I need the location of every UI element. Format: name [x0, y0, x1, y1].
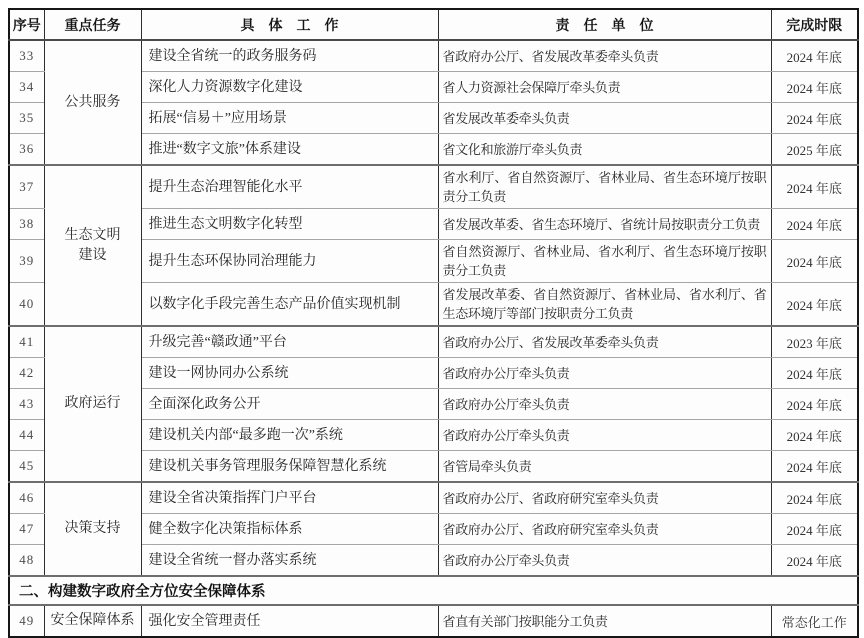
header-unit: 责 任 单 位 — [438, 9, 771, 40]
unit-cell: 省人力资源社会保障厅牵头负责 — [438, 72, 771, 103]
work-cell: 提升生态环保协同治理能力 — [141, 240, 438, 283]
task-row: 37生态文明 建设提升生态治理智能化水平省水利厅、省自然资源厅、省林业局、省生态… — [9, 165, 858, 209]
work-cell: 健全数字化决策指标体系 — [141, 514, 438, 545]
work-cell: 推进生态文明数字化转型 — [141, 209, 438, 240]
unit-cell: 省政府办公厅牵头负责 — [438, 420, 771, 451]
unit-cell: 省管局牵头负责 — [438, 451, 771, 483]
row-number-cell: 48 — [9, 545, 44, 577]
deadline-cell: 2024 年底 — [771, 451, 858, 483]
task-group-cell: 决策支持 — [44, 482, 141, 576]
unit-cell: 省政府办公厅牵头负责 — [438, 389, 771, 420]
deadline-cell: 2024 年底 — [771, 40, 858, 72]
unit-cell: 省自然资源厅、省林业局、省水利厅、省生态环境厅按职责分工负责 — [438, 240, 771, 283]
header-num: 序号 — [9, 9, 44, 40]
deadline-cell: 2024 年底 — [771, 514, 858, 545]
unit-cell: 省政府办公厅牵头负责 — [438, 358, 771, 389]
task-row: 33公共服务建设全省统一的政务服务码省政府办公厅、省发展改革委牵头负责2024 … — [9, 40, 858, 72]
header-row: 序号 重点任务 具 体 工 作 责 任 单 位 完成时限 — [9, 9, 858, 40]
unit-cell: 省政府办公厅、省政府研究室牵头负责 — [438, 514, 771, 545]
row-number-cell: 38 — [9, 209, 44, 240]
deadline-cell: 2024 年底 — [771, 240, 858, 283]
deadline-cell: 2024 年底 — [771, 209, 858, 240]
row-number-cell: 35 — [9, 103, 44, 134]
task-row: 46决策支持建设全省决策指挥门户平台省政府办公厅、省政府研究室牵头负责2024 … — [9, 482, 858, 514]
work-cell: 升级完善“赣政通”平台 — [141, 326, 438, 358]
deadline-cell: 2024 年底 — [771, 420, 858, 451]
unit-cell: 省文化和旅游厅牵头负责 — [438, 134, 771, 166]
work-cell: 建设一网协同办公系统 — [141, 358, 438, 389]
unit-cell: 省政府办公厅、省政府研究室牵头负责 — [438, 482, 771, 514]
work-cell: 全面深化政务公开 — [141, 389, 438, 420]
deadline-cell: 2024 年底 — [771, 283, 858, 327]
row-number-cell: 36 — [9, 134, 44, 166]
task-table: 序号 重点任务 具 体 工 作 责 任 单 位 完成时限 33公共服务建设全省统… — [8, 8, 859, 602]
deadline-cell: 2024 年底 — [771, 545, 858, 577]
deadline-cell: 2024 年底 — [771, 482, 858, 514]
unit-cell: 省政府办公厅、省发展改革委牵头负责 — [438, 40, 771, 72]
row-number-cell: 33 — [9, 40, 44, 72]
row-number-cell: 37 — [9, 165, 44, 209]
deadline-cell: 2024 年底 — [771, 72, 858, 103]
unit-cell: 省发展改革委、省自然资源厅、省林业局、省水利厅、省生态环境厅等部门按职责分工负责 — [438, 283, 771, 327]
work-cell: 深化人力资源数字化建设 — [141, 72, 438, 103]
header-task: 重点任务 — [44, 9, 141, 40]
task-row: 41政府运行升级完善“赣政通”平台省政府办公厅、省发展改革委牵头负责2023 年… — [9, 326, 858, 358]
work-cell: 建设机关内部“最多跑一次”系统 — [141, 420, 438, 451]
row-number-cell: 42 — [9, 358, 44, 389]
work-cell: 建设全省决策指挥门户平台 — [141, 482, 438, 514]
task-group-cell: 生态文明 建设 — [44, 165, 141, 326]
row-number-cell: 46 — [9, 482, 44, 514]
work-cell: 推进“数字文旅”体系建设 — [141, 134, 438, 166]
row-number-cell: 47 — [9, 514, 44, 545]
deadline-cell: 2024 年底 — [771, 389, 858, 420]
row-number-cell: 34 — [9, 72, 44, 103]
work-cell: 建设全省统一的政务服务码 — [141, 40, 438, 72]
deadline-cell: 2025 年底 — [771, 134, 858, 166]
work-cell: 建设机关事务管理服务保障智慧化系统 — [141, 451, 438, 483]
deadline-cell: 2024 年底 — [771, 358, 858, 389]
section-title: 二、构建数字政府全方位安全保障体系 — [9, 576, 858, 602]
work-cell: 提升生态治理智能化水平 — [141, 165, 438, 209]
work-cell: 建设全省统一督办落实系统 — [141, 545, 438, 577]
row-number-cell: 44 — [9, 420, 44, 451]
unit-cell: 省政府办公厅、省发展改革委牵头负责 — [438, 326, 771, 358]
work-cell: 拓展“信易＋”应用场景 — [141, 103, 438, 134]
row-number-cell: 41 — [9, 326, 44, 358]
row-number-cell: 40 — [9, 283, 44, 327]
unit-cell: 省发展改革委、省生态环境厅、省统计局按职责分工负责 — [438, 209, 771, 240]
table-body: 33公共服务建设全省统一的政务服务码省政府办公厅、省发展改革委牵头负责2024 … — [9, 40, 858, 602]
header-deadline: 完成时限 — [771, 9, 858, 40]
header-work: 具 体 工 作 — [141, 9, 438, 40]
row-number-cell: 45 — [9, 451, 44, 483]
work-cell: 以数字化手段完善生态产品价值实现机制 — [141, 283, 438, 327]
unit-cell: 省水利厅、省自然资源厅、省林业局、省生态环境厅按职责分工负责 — [438, 165, 771, 209]
section-row: 二、构建数字政府全方位安全保障体系 — [9, 576, 858, 602]
deadline-cell: 2023 年底 — [771, 326, 858, 358]
task-group-cell: 公共服务 — [44, 40, 141, 165]
unit-cell: 省发展改革委牵头负责 — [438, 103, 771, 134]
task-group-cell: 政府运行 — [44, 326, 141, 482]
deadline-cell: 2024 年底 — [771, 165, 858, 209]
row-number-cell: 39 — [9, 240, 44, 283]
row-number-cell: 43 — [9, 389, 44, 420]
unit-cell: 省政府办公厅牵头负责 — [438, 545, 771, 577]
document-page: 序号 重点任务 具 体 工 作 责 任 单 位 完成时限 33公共服务建设全省统… — [8, 8, 859, 602]
deadline-cell: 2024 年底 — [771, 103, 858, 134]
